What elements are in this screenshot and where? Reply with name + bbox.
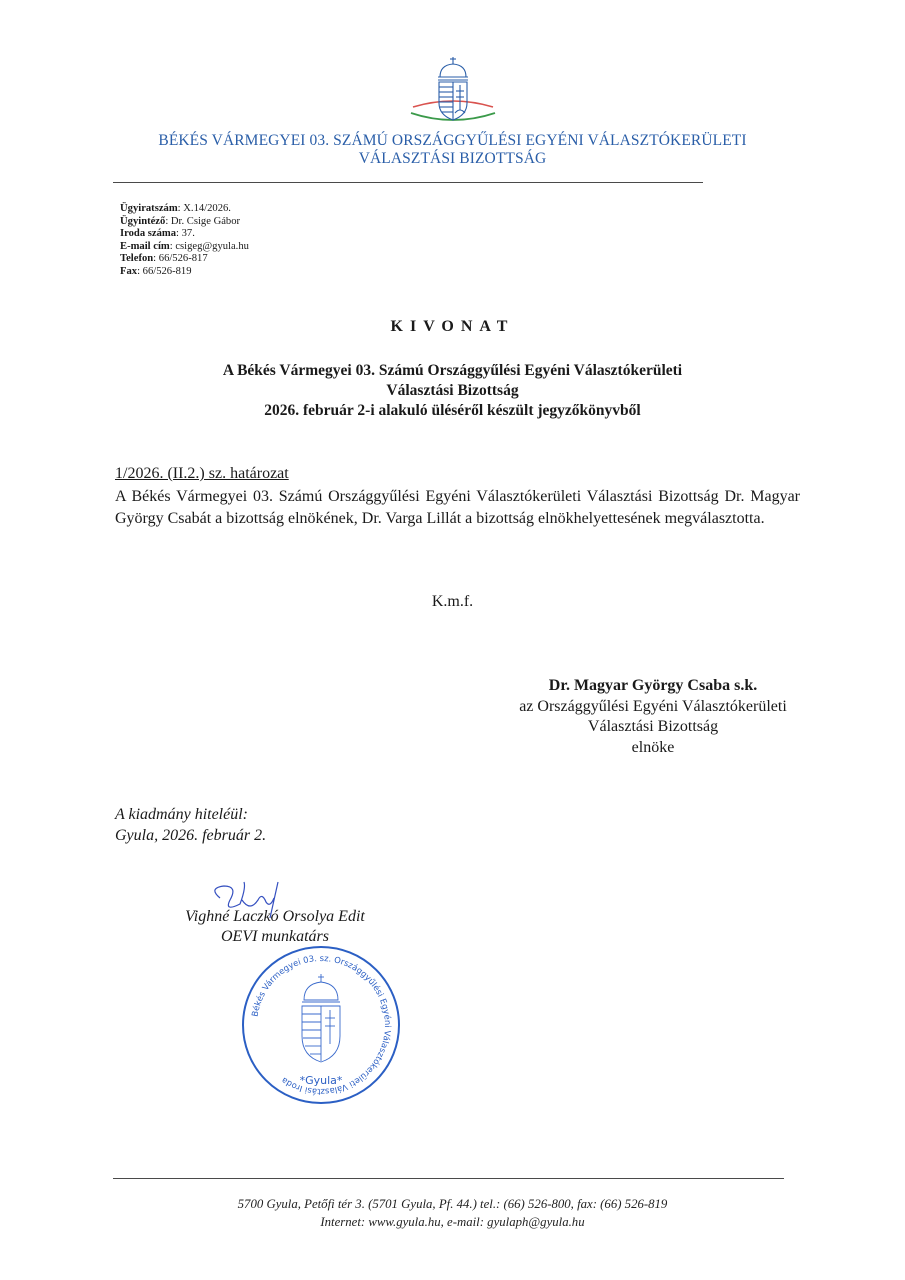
email-link[interactable]: csigeg@gyula.hu: [175, 241, 249, 252]
chair-role-line1: az Országgyűlési Egyéni Választókerületi: [458, 697, 848, 718]
authentication-line1: A kiadmány hiteléül:: [115, 804, 266, 825]
case-officer: Ügyintéző: Dr. Csige Gábor: [120, 216, 249, 229]
office-number: Iroda száma: 37.: [120, 228, 249, 241]
kmf-note: K.m.f.: [0, 593, 905, 611]
document-title: KIVONAT: [0, 318, 905, 336]
chair-signature-block: Dr. Magyar György Csaba s.k. az Országgy…: [458, 676, 848, 758]
email: E-mail cím: csigeg@gyula.hu: [120, 241, 249, 254]
fax: Fax: 66/526-819: [120, 266, 249, 279]
organization-title-line1: BÉKÉS VÁRMEGYEI 03. SZÁMÚ ORSZÁGGYŰLÉSI …: [0, 132, 905, 150]
case-details: Ügyiratszám: X.14/2026. Ügyintéző: Dr. C…: [120, 203, 249, 279]
hungarian-coat-of-arms-icon: [407, 55, 499, 131]
chair-role-line3: elnöke: [458, 738, 848, 759]
handwritten-signature-icon: [200, 878, 310, 924]
case-number: Ügyiratszám: X.14/2026.: [120, 203, 249, 216]
footer-address: 5700 Gyula, Petőfi tér 3. (5701 Gyula, P…: [0, 1197, 905, 1212]
svg-text:*Gyula*: *Gyula*: [300, 1074, 343, 1087]
chair-role-line2: Választási Bizottság: [458, 717, 848, 738]
footer-contact: Internet: www.gyula.hu, e-mail: gyulaph@…: [0, 1215, 905, 1230]
subtitle-line1: A Békés Vármegyei 03. Számú Országgyűlés…: [0, 362, 905, 380]
organization-title-line2: VÁLASZTÁSI BIZOTTSÁG: [0, 150, 905, 168]
authentication-date: Gyula, 2026. február 2.: [115, 825, 266, 846]
header-divider: [113, 182, 703, 183]
chair-name: Dr. Magyar György Csaba s.k.: [458, 676, 848, 697]
official-stamp-icon: Békés Vármegyei 03. sz. Országgyűlési Eg…: [240, 944, 402, 1106]
footer-divider: [113, 1178, 784, 1179]
resolution-text: A Békés Vármegyei 03. Számú Országgyűlés…: [115, 486, 800, 529]
authentication-note: A kiadmány hiteléül: Gyula, 2026. februá…: [115, 804, 266, 846]
subtitle-line2: Választási Bizottság: [0, 382, 905, 400]
resolution-number: 1/2026. (II.2.) sz. határozat: [115, 465, 289, 483]
phone: Telefon: 66/526-817: [120, 253, 249, 266]
subtitle-line3: 2026. február 2-i alakuló üléséről készü…: [0, 402, 905, 420]
